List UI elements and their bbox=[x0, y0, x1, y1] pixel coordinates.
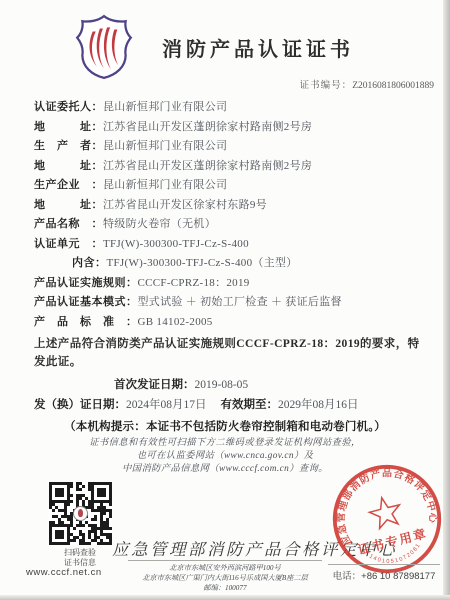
field-label: 产品认证实施规则： bbox=[34, 277, 138, 289]
field-row-product-standard: 产 品 标 准 ：GB 14102-2005 bbox=[34, 313, 424, 333]
reissue-date: 2024年08月17日 bbox=[126, 399, 207, 411]
field-row-certification-mode: 产品认证基本模式：型式试验 ＋ 初始工厂检查 ＋ 获证后监督 bbox=[34, 293, 424, 313]
qr-center-logo bbox=[73, 506, 88, 521]
verify-line: 证书信息和有效性可扫描下方二维码或登录发证机构网站查验， bbox=[0, 437, 450, 450]
field-row-applicant: 认证委托人：昆山新恒邦门业有限公司 bbox=[34, 98, 424, 118]
footer-address-line: 北京市东城区安外西滨河路甲100号 bbox=[128, 563, 322, 573]
field-row-address3: 地 址：江苏省昆山开发区徐家村东路9号 bbox=[34, 196, 424, 216]
reissue-line: 发（换）证日期：2024年08月17日有效期至：2029年08月16日 bbox=[0, 392, 450, 412]
field-label: 产品名称 ： bbox=[34, 218, 103, 230]
footer-address-line: 邮编：100077 bbox=[128, 583, 322, 593]
stamp-title: 证书专用章 bbox=[356, 525, 429, 557]
field-value: 特级防火卷帘（无机） bbox=[103, 218, 216, 230]
agency-notice: （本机构提示：本证书不包括防火卷帘控制箱和电动卷门机。） bbox=[0, 412, 450, 434]
cccf-shield-flame-logo bbox=[72, 13, 136, 81]
field-value: 江苏省昆山开发区蓬朗徐家村路南侧2号房 bbox=[103, 160, 312, 172]
stamp-star bbox=[367, 494, 404, 530]
certificate-number-label: 证书编号： bbox=[300, 81, 353, 91]
field-row-manufacturer: 生产企业 ：昆山新恒邦门业有限公司 bbox=[34, 176, 424, 196]
field-label: 生 产 者： bbox=[34, 140, 103, 152]
field-row-product-name: 产品名称 ：特级防火卷帘（无机） bbox=[34, 215, 424, 235]
certificate-fields: 认证委托人：昆山新恒邦门业有限公司 地 址：江苏省昆山开发区蓬朗徐家村路南侧2号… bbox=[0, 91, 450, 332]
scan-edge-right bbox=[443, 0, 450, 600]
conformity-statement: 上述产品符合消防类产品认证实施规则CCCF-CPRZ-18：2019的要求，特发… bbox=[0, 332, 450, 371]
field-row-address2: 地 址：江苏省昆山开发区蓬朗徐家村路南侧2号房 bbox=[34, 157, 424, 177]
field-row-producer: 生 产 者：昆山新恒邦门业有限公司 bbox=[34, 137, 424, 157]
field-label: 生产企业 ： bbox=[34, 179, 103, 191]
page-title: 消防产品认证证书 bbox=[162, 33, 354, 62]
certificate-page: 消防产品认证证书 证书编号：Z2016081806001889 认证委托人：昆山… bbox=[0, 0, 450, 600]
footer-website: www.cccf.net.cn bbox=[26, 567, 102, 578]
footer-address-line: 北京市东城区广渠门内大街116号乐成国大厦B座二层 bbox=[128, 573, 322, 583]
field-label: 产品认证基本模式： bbox=[34, 296, 138, 308]
footer-phone-number: +86 10 87898177 bbox=[361, 571, 435, 582]
certificate-number-value: Z2016081806001889 bbox=[352, 81, 434, 91]
qr-caption-line: 证书信息 bbox=[48, 558, 112, 568]
field-row-included-model: 内含：TFJ(W)-300300-TFJ-Cz-S-400（主型） bbox=[34, 254, 424, 274]
field-value: GB 14102-2005 bbox=[138, 316, 213, 328]
first-issue-label: 首次发证日期： bbox=[114, 379, 195, 391]
field-value: 型式试验 ＋ 初始工厂检查 ＋ 获证后监督 bbox=[138, 296, 342, 308]
header: 消防产品认证证书 bbox=[0, 0, 450, 81]
field-label: 认证委托人： bbox=[34, 101, 103, 113]
field-label: 认证单元 ： bbox=[34, 238, 103, 250]
field-label: 地 址： bbox=[34, 160, 103, 172]
field-value: 昆山新恒邦门业有限公司 bbox=[103, 140, 227, 152]
field-row-cert-unit: 认证单元 ：TFJ(W)-300300-TFJ-Cz-S-400 bbox=[34, 235, 424, 255]
first-issue-date: 2019-08-05 bbox=[195, 379, 249, 391]
field-value: 江苏省昆山开发区徐家村东路9号 bbox=[103, 199, 267, 211]
field-row-address1: 地 址：江苏省昆山开发区蓬朗徐家村路南侧2号房 bbox=[34, 118, 424, 138]
field-value: 江苏省昆山开发区蓬朗徐家村路南侧2号房 bbox=[103, 121, 312, 133]
valid-until-date: 2029年08月16日 bbox=[278, 399, 359, 411]
field-row-implementation-rule: 产品认证实施规则：CCCF-CPRZ-18：2019 bbox=[34, 274, 424, 294]
certificate-number-line: 证书编号：Z2016081806001889 bbox=[0, 77, 450, 91]
field-label: 产 品 标 准 ： bbox=[34, 316, 138, 328]
qr-caption-line: 扫码查验 bbox=[48, 548, 112, 558]
scan-edge-bottom bbox=[0, 595, 450, 600]
reissue-label: 发（换）证日期： bbox=[34, 399, 126, 411]
qr-caption: 扫码查验 证书信息 bbox=[48, 548, 112, 567]
valid-until-label: 有效期至： bbox=[221, 399, 279, 411]
first-issue-line: 首次发证日期：2019-08-05 bbox=[0, 371, 450, 392]
field-value: TFJ(W)-300300-TFJ-Cz-S-400（主型） bbox=[107, 257, 298, 269]
field-label: 内含： bbox=[72, 257, 107, 269]
footer-phone: 电话：+86 10 87898177 bbox=[328, 564, 440, 582]
field-value: CCCF-CPRZ-18：2019 bbox=[138, 277, 250, 289]
qr-code bbox=[49, 482, 112, 545]
field-label: 地 址： bbox=[34, 121, 103, 133]
field-label: 地 址： bbox=[34, 199, 103, 211]
qr-block: 扫码查验 证书信息 bbox=[48, 482, 112, 567]
footer-address: 北京市东城区安外西滨河路甲100号 北京市东城区广渠门内大街116号乐成国大厦B… bbox=[128, 560, 322, 593]
field-value: 昆山新恒邦门业有限公司 bbox=[103, 101, 227, 113]
field-value: TFJ(W)-300300-TFJ-Cz-S-400 bbox=[103, 238, 249, 250]
footer-phone-label: 电话： bbox=[333, 571, 362, 582]
field-value: 昆山新恒邦门业有限公司 bbox=[103, 179, 227, 191]
